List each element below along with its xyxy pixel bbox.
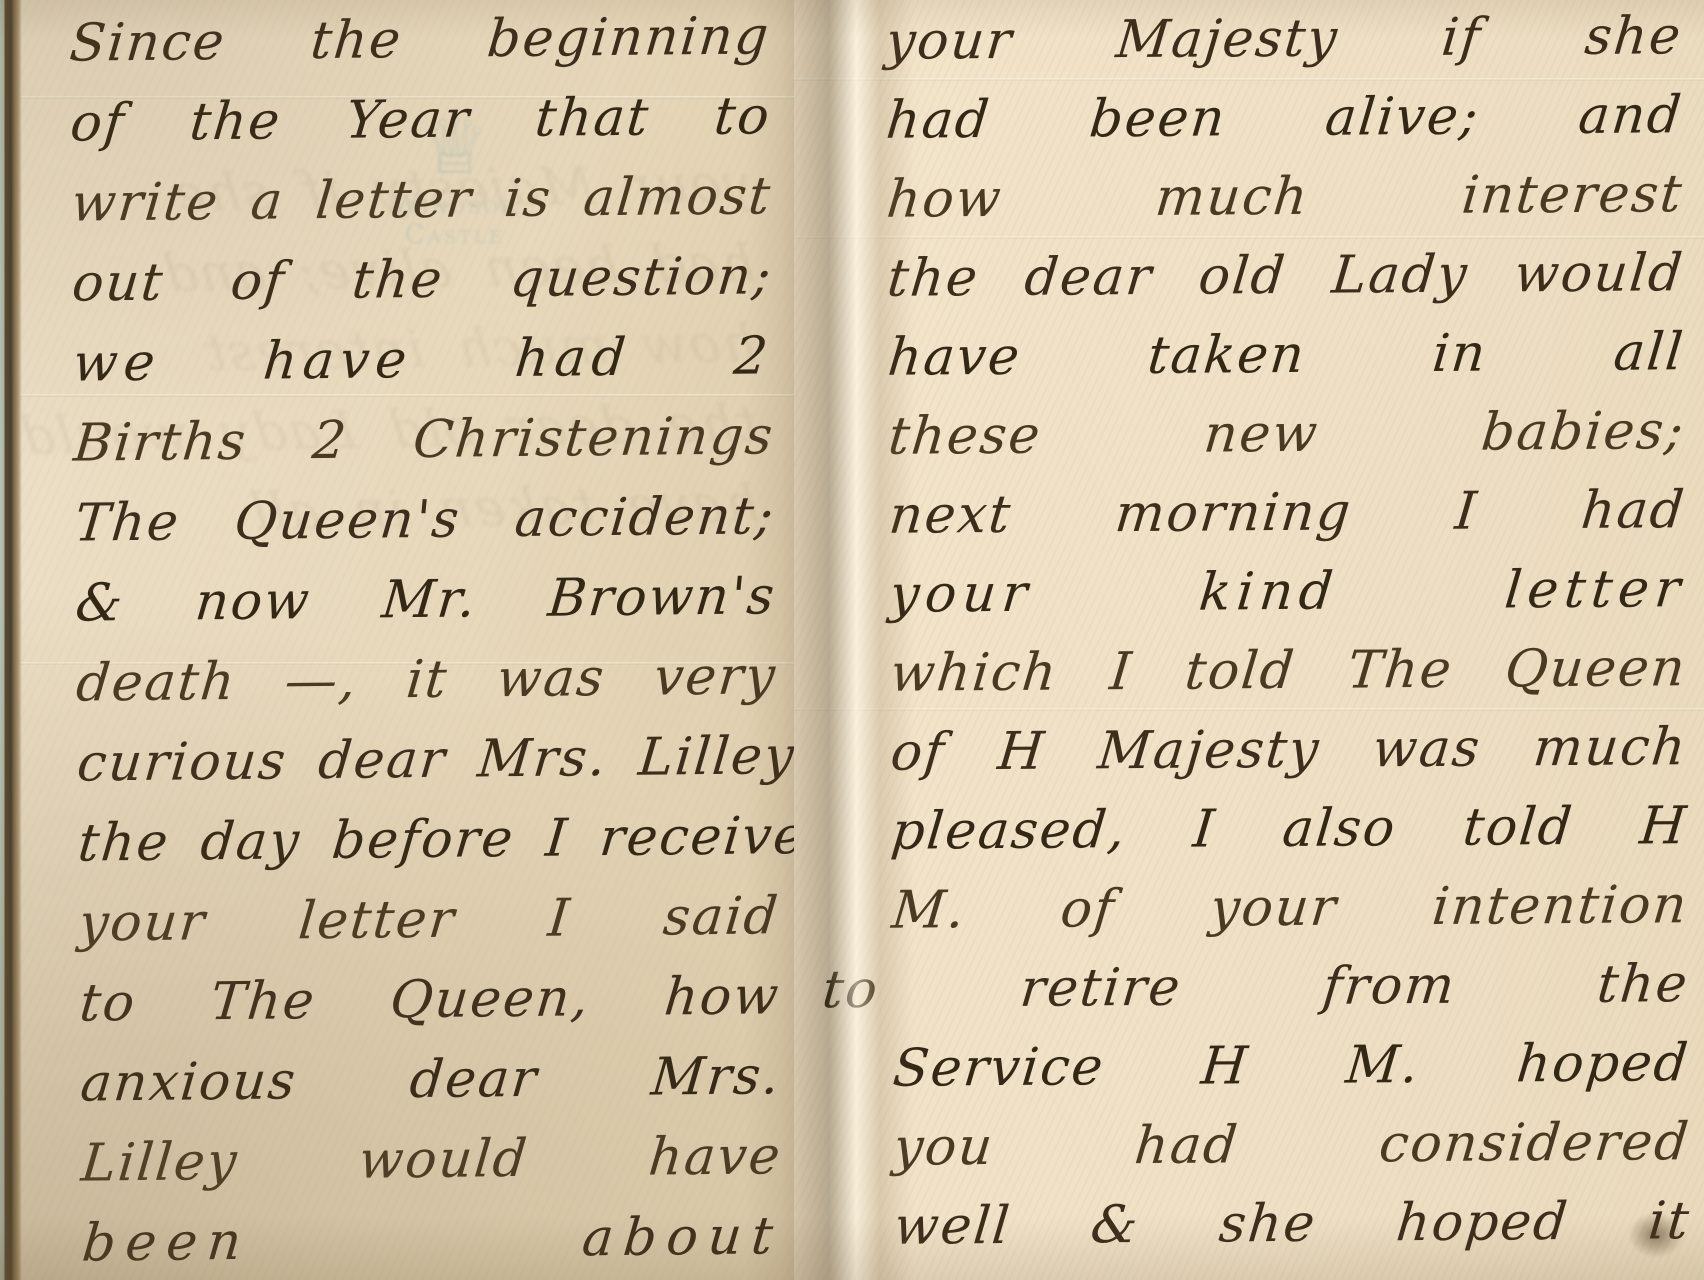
handwriting-line: of H Majesty was much [887,708,1691,793]
handwriting-line: Lilley would have [78,1116,786,1203]
handwriting-line: & now Mr. Brown's [72,556,780,643]
handwriting-line: had been alive; and [883,76,1687,161]
handwriting-line: your kind letter [886,550,1690,635]
handwriting-line: of the Year that to [67,76,775,163]
handwriting-line: well & she hoped it [890,1182,1694,1267]
handwriting-line: out of the question; [69,236,777,323]
handwriting-line: write a letter is almost [68,156,776,243]
handwriting-line: to retire from the [819,945,1693,1030]
handwriting-line: you had considered [890,1103,1694,1188]
handwriting-line: Births 2 Christenings [70,396,778,483]
handwriting-line: anxious dear Mrs. [77,1036,785,1123]
handwriting-line: which I told The Queen [887,629,1691,714]
handwriting-line: curious dear Mrs. Lilley [74,716,782,803]
handwriting-line: these new babies; [885,392,1689,477]
handwriting-line: pleased, I also told H [888,787,1692,872]
handwriting-line: the dear old Lady would [884,234,1688,319]
letter-page-left: ♕ Windsor Castle your Majesty if she had… [20,0,794,1280]
handwriting-line: to The Queen, how [76,956,784,1043]
handwriting-line: been about [79,1196,787,1280]
page-edge-left [0,0,22,1280]
handwriting-line: next morning I had [885,471,1689,556]
handwriting-line: have taken in all [884,313,1688,398]
handwriting-line: we have had 2 [70,316,778,403]
handwriting-left-page: Since the beginning of the Year that to … [65,0,778,1280]
letter-page-right: your Majesty if she had been alive; and … [794,0,1704,1280]
handwriting-line: your Majesty if she [882,0,1686,82]
handwriting-line: death —, it was very [73,636,781,723]
handwriting-line: M. of your intention [888,866,1692,951]
handwriting-line: Service H M. hoped [889,1024,1693,1109]
letter-spread: ♕ Windsor Castle your Majesty if she had… [0,0,1704,1280]
handwriting-right-page: your Majesty if she had been alive; and … [882,0,1687,1267]
handwriting-line: Since the beginning [66,0,774,84]
handwriting-line: how much interest [883,155,1687,240]
handwriting-line: The Queen's accident; [71,476,779,563]
handwriting-line: the day before I received [75,796,783,883]
handwriting-line: your letter I said [75,876,783,963]
